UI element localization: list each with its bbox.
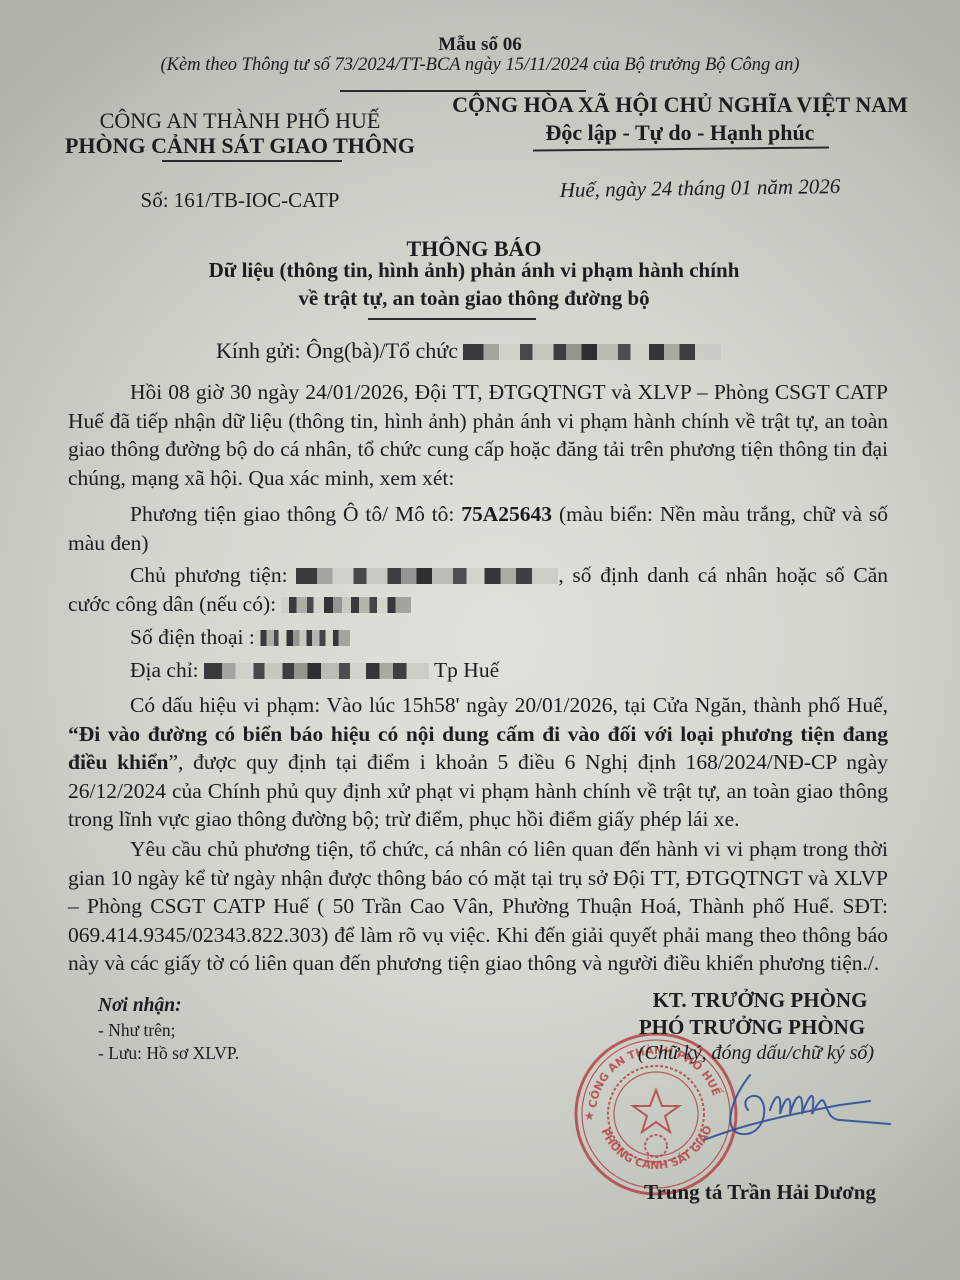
request-paragraph: Yêu cầu chủ phương tiện, tổ chức, cá nhâ… (68, 835, 888, 978)
handwritten-signature-icon (690, 1070, 960, 1150)
owner-label: Chủ phương tiện: (130, 563, 296, 587)
signature-on-behalf: KT. TRƯỞNG PHÒNG (600, 988, 920, 1013)
agency-name: PHÒNG CẢNH SÁT GIAO THÔNG (60, 133, 420, 159)
place-date: Huế, ngày 24 tháng 01 năm 2026 (450, 173, 950, 205)
address-paragraph: Địa chỉ: Tp Huế (68, 656, 888, 685)
recipients-label: Nơi nhận: (98, 995, 182, 1017)
violation-paragraph: Có dấu hiệu vi phạm: Vào lúc 15h58' ngày… (68, 691, 888, 834)
signatory-name: Trung tá Trần Hải Dương (600, 1180, 920, 1205)
owner-id-redacted (281, 597, 411, 613)
signature-note: (Chữ ký, đóng dấu/chữ ký số) (596, 1042, 916, 1065)
address-redacted (204, 663, 429, 679)
attachment-note: (Kèm theo Thông tư số 73/2024/TT-BCA ngà… (0, 55, 960, 76)
address-suffix: Tp Huế (429, 658, 499, 682)
recipient-label: Kính gửi: Ông(bà)/Tổ chức (216, 338, 458, 363)
intro-paragraph: Hồi 08 giờ 30 ngày 24/01/2026, Đội TT, Đ… (68, 378, 888, 492)
agency-underline (162, 160, 342, 162)
intro-text: Hồi 08 giờ 30 ngày 24/01/2026, Đội TT, Đ… (68, 380, 888, 490)
address-label: Địa chỉ: (130, 658, 204, 682)
title-underline (368, 318, 536, 320)
motto-underline (533, 146, 829, 151)
phone-redacted (255, 630, 350, 646)
svg-text:★: ★ (584, 1109, 595, 1123)
recipient-item: - Như trên; (98, 1020, 176, 1041)
owner-redacted (296, 568, 558, 584)
document-subtitle-1: Dữ liệu (thông tin, hình ảnh) phản ánh v… (0, 258, 948, 283)
recipient-item: - Lưu: Hồ sơ XLVP. (98, 1043, 239, 1064)
form-number: Mẫu số 06 (0, 34, 960, 56)
phone-paragraph: Số điện thoại : (68, 623, 888, 652)
document-number: Số: 161/TB-IOC-CATP (60, 188, 420, 213)
agency-parent: CÔNG AN THÀNH PHỐ HUẾ (60, 108, 420, 134)
owner-paragraph: Chủ phương tiện: , số định danh cá nhân … (68, 561, 888, 618)
license-plate: 75A25643 (461, 502, 552, 526)
request-text: Yêu cầu chủ phương tiện, tổ chức, cá nhâ… (68, 837, 888, 975)
country-name: CỘNG HÒA XÃ HỘI CHỦ NGHĨA VIỆT NAM (430, 92, 930, 118)
vehicle-paragraph: Phương tiện giao thông Ô tô/ Mô tô: 75A2… (68, 500, 888, 557)
document-subtitle-2: về trật tự, an toàn giao thông đường bộ (0, 286, 948, 311)
signature-position: PHÓ TRƯỞNG PHÒNG (592, 1015, 912, 1040)
recipient-line: Kính gửi: Ông(bà)/Tổ chức (216, 338, 721, 364)
violation-legal-basis: ”, được quy định tại điểm i khoản 5 điều… (68, 750, 888, 831)
phone-label: Số điện thoại : (130, 625, 255, 649)
motto: Độc lập - Tự do - Hạnh phúc (430, 120, 930, 146)
recipient-redacted (463, 344, 721, 360)
vehicle-label: Phương tiện giao thông Ô tô/ Mô tô: (130, 502, 461, 526)
violation-intro: Có dấu hiệu vi phạm: Vào lúc 15h58' ngày… (130, 693, 888, 717)
